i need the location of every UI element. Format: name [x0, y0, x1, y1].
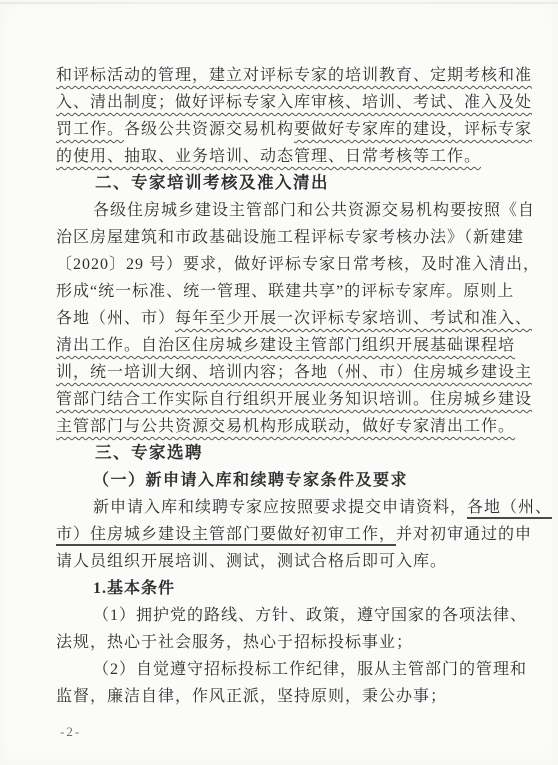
text-segment: 新申请入库和续聘专家应按照要求提交申请资料， [93, 499, 467, 516]
section-heading: 1.基本条件 [56, 575, 504, 602]
document-page: 和评标活动的管理，建立对评标专家的培训教育、定期考核和准入、清出制度；做好评标专… [0, 0, 558, 765]
text-segment: 监督，廉洁自律，作风正派，坚持原则，秉公办事； [56, 688, 447, 705]
text-segment: 各级住房城乡建设主管部门和公共资源交易机构要按照《自 [93, 202, 535, 219]
text-line: （2）自觉遵守招标投标工作纪律，服从主管部门的管理和 [56, 656, 504, 683]
underlined-text-segment: 市）住房城乡建设主管部门要做好初审工作， [56, 526, 396, 543]
text-line: 清出工作。自治区住房城乡建设主管部门组织开展基础课程培 [56, 332, 504, 359]
section-heading: （一）新申请入库和续聘专家条件及要求 [56, 467, 504, 494]
text-line: 和评标活动的管理，建立对评标专家的培训教育、定期考核和准 [56, 62, 504, 89]
text-segment: （一）新申请入库和续聘专家条件及要求 [93, 472, 408, 489]
text-line: 法规，热心于社会服务，热心于招标投标事业； [56, 629, 504, 656]
text-line: （1）拥护党的路线、方针、政策，遵守国家的各项法律、 [56, 602, 504, 629]
text-line: 的使用、抽取、业务培训、动态管理、日常考核等工作。 [56, 143, 504, 170]
document-body: 和评标活动的管理，建立对评标专家的培训教育、定期考核和准入、清出制度；做好评标专… [56, 62, 504, 710]
underlined-text-segment: 每年至少开展一次评标专家培训、考试和准入、 [175, 310, 532, 327]
text-line: 市）住房城乡建设主管部门要做好初审工作，并对初审通过的申 [56, 521, 504, 548]
text-segment: 各级公共资源交易机构 [124, 121, 294, 138]
text-segment: （2）自觉遵守招标投标工作纪律，服从主管部门的管理和 [93, 661, 527, 678]
text-segment: 治区房屋建筑和市政基础设施工程评标专家考核办法》（新建建 [56, 229, 524, 246]
text-segment: 请人员组织开展培训、测试，测试合格后即可入库。 [56, 553, 447, 570]
text-segment: 二、专家培训考核及准入清出 [95, 174, 329, 192]
text-line: 各地（州、市）每年至少开展一次评标专家培训、考试和准入、 [56, 305, 504, 332]
underlined-text-segment: 各地（州、 [467, 499, 552, 516]
text-line: 请人员组织开展培训、测试，测试合格后即可入库。 [56, 548, 504, 575]
scan-edge-artifact [0, 2, 558, 4]
text-line: 监督，廉洁自律，作风正派，坚持原则，秉公办事； [56, 683, 504, 710]
section-heading: 二、专家培训考核及准入清出 [56, 170, 504, 197]
underlined-text-segment: 做好评标专家入库审核、培训、考试、准入及处 [175, 94, 532, 111]
underlined-text-segment: 建立对评标专家的培训教育、定期考核和准 [209, 67, 532, 84]
text-segment: 1.基本条件 [93, 580, 175, 597]
text-line: 罚工作。各级公共资源交易机构要做好专家库的建设，评标专家 [56, 116, 504, 143]
text-segment: （1）拥护党的路线、方针、政策，遵守国家的各项法律、 [93, 607, 527, 624]
text-segment: 形成“统一标准、统一管理、联建共享”的评标专家库。原则上 [56, 283, 514, 300]
underlined-text-segment: 主管部门与公共资源交易机构形成联动，做好专家清出工作。 [56, 418, 515, 435]
underlined-text-segment: 的使用、抽取、业务培训、动态管理、日常考核等工作。 [56, 148, 481, 165]
text-segment: 〔2020〕29 号）要求，做好评标专家日常考核，及时准入清出， [56, 256, 540, 273]
underlined-text-segment: 管部门结合工作实际自行组织开展业务知识培训。住房城乡建设 [56, 391, 532, 408]
text-line: 各级住房城乡建设主管部门和公共资源交易机构要按照《自 [56, 197, 504, 224]
underlined-text-segment: 要做好专家库的建设，评标专家 [294, 121, 532, 138]
text-segment: 并对初审通过的申 [396, 526, 532, 543]
text-segment: 各地（州、市） [56, 310, 175, 327]
underlined-text-segment: 入、清出制度； [56, 94, 175, 111]
text-segment: 法规，热心于社会服务，热心于招标投标事业； [56, 634, 413, 651]
underlined-text-segment: 自治区住房城乡建设主管部门组织开展基础课程培 [141, 337, 515, 354]
text-line: 入、清出制度；做好评标专家入库审核、培训、考试、准入及处 [56, 89, 504, 116]
text-line: 训，统一培训大纲、培训内容；各地（州、市）住房城乡建设主 [56, 359, 504, 386]
section-heading: 三、专家选聘 [56, 440, 504, 467]
underlined-text-segment: 罚工作。 [56, 121, 124, 138]
text-line: 管部门结合工作实际自行组织开展业务知识培训。住房城乡建设 [56, 386, 504, 413]
text-line: 治区房屋建筑和市政基础设施工程评标专家考核办法》（新建建 [56, 224, 504, 251]
text-line: 形成“统一标准、统一管理、联建共享”的评标专家库。原则上 [56, 278, 504, 305]
text-line: 主管部门与公共资源交易机构形成联动，做好专家清出工作。 [56, 413, 504, 440]
text-line: 新申请入库和续聘专家应按照要求提交申请资料，各地（州、 [56, 494, 504, 521]
page-number: -2- [60, 724, 81, 740]
underlined-text-segment: 训，统一培训大纲、培训内容；各地（州、市）住房城乡建设主 [56, 364, 532, 381]
underlined-text-segment: 和评标活动的管理， [56, 67, 209, 84]
underlined-text-segment: 清出工作。 [56, 337, 141, 354]
text-segment: 三、专家选聘 [95, 444, 203, 462]
text-line: 〔2020〕29 号）要求，做好评标专家日常考核，及时准入清出， [56, 251, 504, 278]
